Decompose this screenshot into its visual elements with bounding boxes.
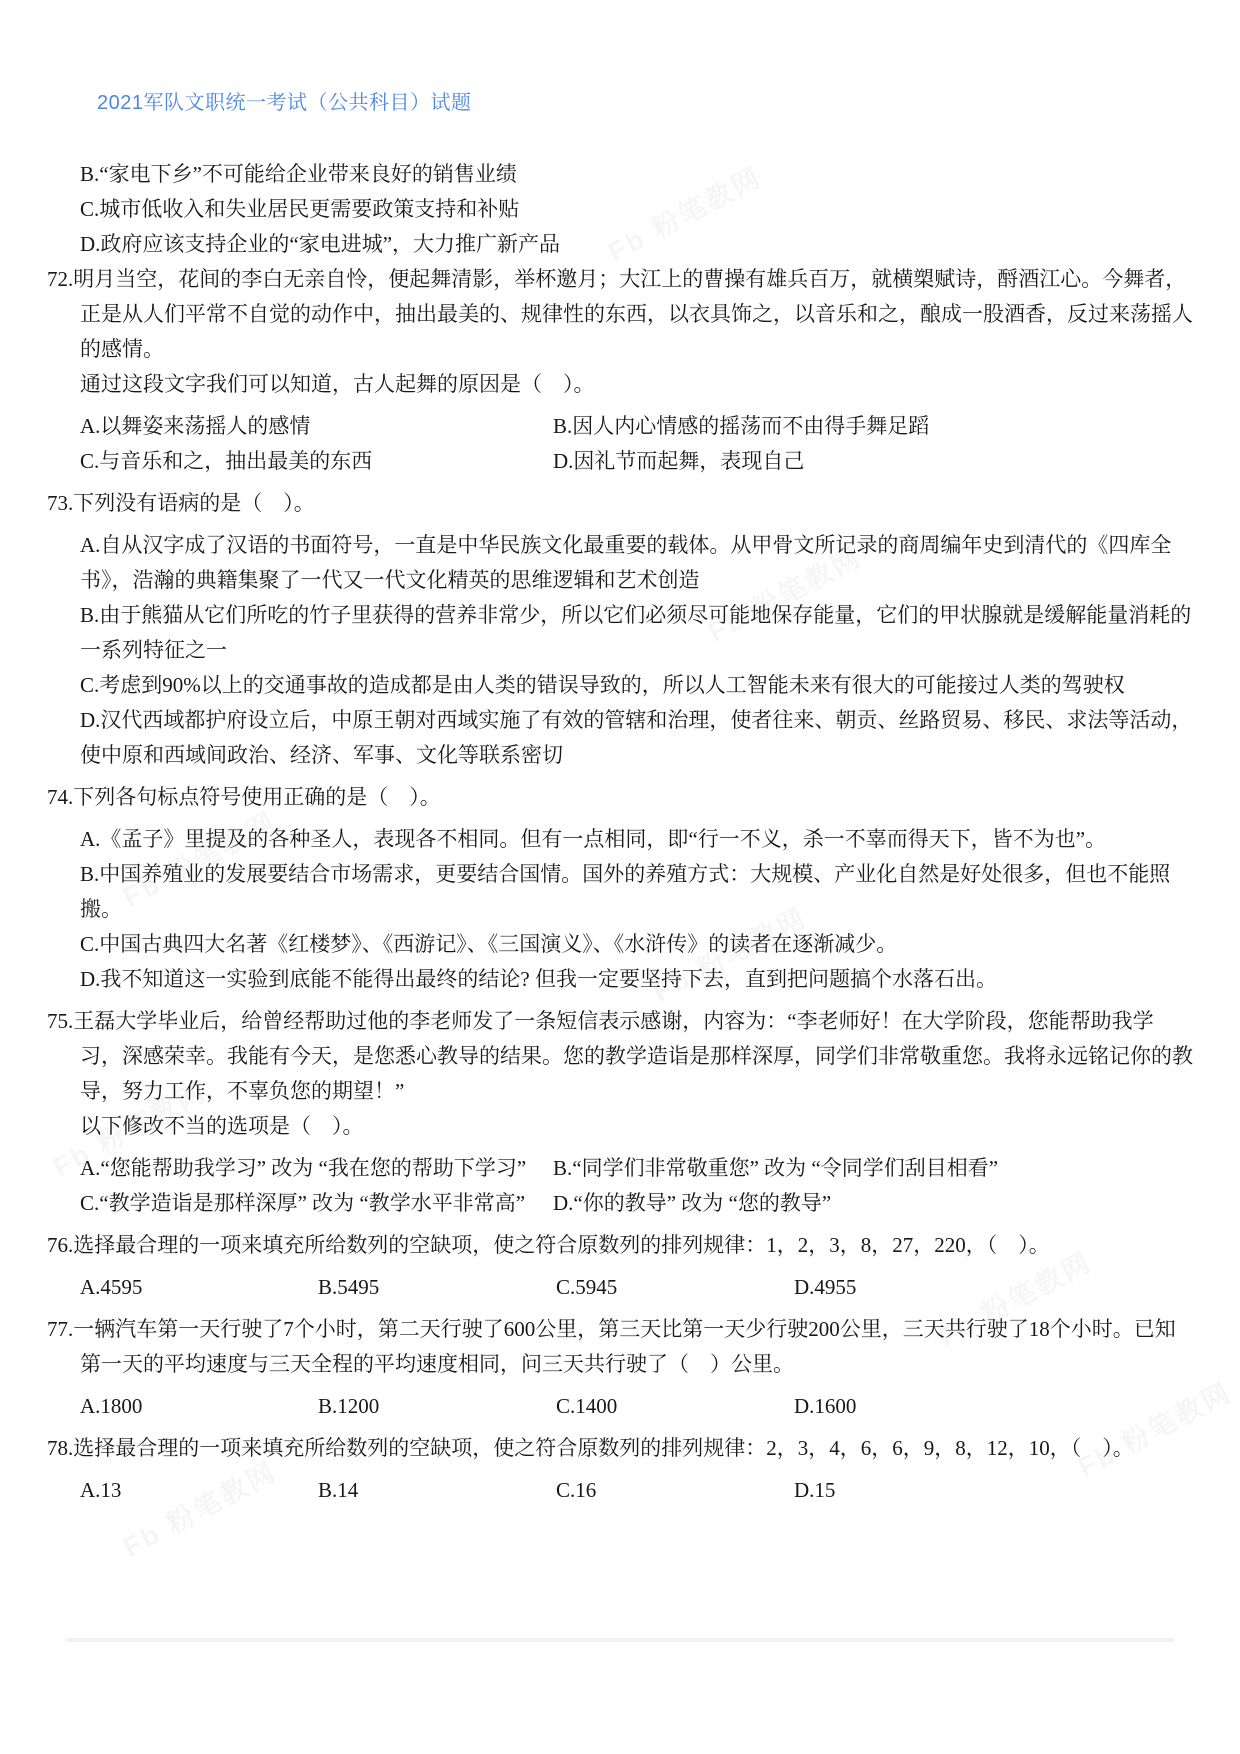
question-number: 75. xyxy=(47,1009,73,1033)
question-stem: 下列各句标点符号使用正确的是（ ）。 xyxy=(73,785,441,809)
option-b: B.14 xyxy=(318,1473,556,1508)
options: A.自从汉字成了汉语的书面符号，一直是中华民族文化最重要的载体。从甲骨文所记录的… xyxy=(47,528,1195,773)
question-number: 72. xyxy=(47,267,73,291)
option-b: B.中国养殖业的发展要结合市场需求，更要结合国情。国外的养殖方式：大规模、产业化… xyxy=(47,857,1195,927)
question-stem: 一辆汽车第一天行驶了7个小时，第二天行驶了600公里，第三天比第一天少行驶200… xyxy=(73,1317,1176,1376)
question-76: 76.选择最合理的一项来填充所给数列的空缺项，使之符合原数列的排列规律：1，2，… xyxy=(47,1228,1195,1305)
question-71-options: B.“家电下乡”不可能给企业带来良好的销售业绩 C.城市低收入和失业居民更需要政… xyxy=(47,157,1195,262)
option-c: C.5945 xyxy=(556,1270,794,1305)
option-d: D.“你的教导” 改为 “您的教导” xyxy=(553,1186,1195,1221)
question-number: 74. xyxy=(47,785,73,809)
question-stem: 选择最合理的一项来填充所给数列的空缺项，使之符合原数列的排列规律：1，2，3，8… xyxy=(73,1233,1050,1257)
document-body: B.“家电下乡”不可能给企业带来良好的销售业绩 C.城市低收入和失业居民更需要政… xyxy=(47,157,1195,1515)
option-d: D.因礼节而起舞，表现自己 xyxy=(553,444,1195,479)
option-d: D.1600 xyxy=(794,1389,1195,1424)
option-a: A.4595 xyxy=(80,1270,318,1305)
question-stem: 王磊大学毕业后，给曾经帮助过他的李老师发了一条短信表示感谢，内容为：“李老师好！… xyxy=(73,1009,1193,1103)
option-a: A.13 xyxy=(80,1473,318,1508)
options: A.“您能帮助我学习” 改为 “我在您的帮助下学习” B.“同学们非常敬重您” … xyxy=(47,1151,1195,1221)
option-c: C.1400 xyxy=(556,1389,794,1424)
option-c: C.中国古典四大名著《红楼梦》、《西游记》、《三国演义》、《水浒传》的读者在逐渐… xyxy=(47,927,1195,962)
option-a: A.以舞姿来荡摇人的感情 xyxy=(80,409,553,444)
question-stem: 明月当空，花间的李白无亲自怜，便起舞清影，举杯邀月；大江上的曹操有雄兵百万，就横… xyxy=(73,267,1193,361)
question-75: 75.王磊大学毕业后，给曾经帮助过他的李老师发了一条短信表示感谢，内容为：“李老… xyxy=(47,1004,1195,1221)
option-c: C.与音乐和之，抽出最美的东西 xyxy=(80,444,553,479)
question-followup: 以下修改不当的选项是（ ）。 xyxy=(47,1109,1195,1144)
option-c: C.城市低收入和失业居民更需要政策支持和补贴 xyxy=(47,192,1195,227)
option-d: D.4955 xyxy=(794,1270,1195,1305)
option-d: D.汉代西域都护府设立后，中原王朝对西域实施了有效的管辖和治理，使者往来、朝贡、… xyxy=(47,703,1195,773)
options: A.以舞姿来荡摇人的感情 B.因人内心情感的摇荡而不由得手舞足蹈 C.与音乐和之… xyxy=(47,409,1195,479)
question-stem: 选择最合理的一项来填充所给数列的空缺项，使之符合原数列的排列规律：2，3，4，6… xyxy=(73,1436,1134,1460)
question-78: 78.选择最合理的一项来填充所给数列的空缺项，使之符合原数列的排列规律：2，3，… xyxy=(47,1431,1195,1508)
option-b: B.“家电下乡”不可能给企业带来良好的销售业绩 xyxy=(47,157,1195,192)
question-77: 77.一辆汽车第一天行驶了7个小时，第二天行驶了600公里，第三天比第一天少行驶… xyxy=(47,1312,1195,1424)
question-followup: 通过这段文字我们可以知道，古人起舞的原因是（ ）。 xyxy=(47,367,1195,402)
option-c: C.16 xyxy=(556,1473,794,1508)
option-d: D.政府应该支持企业的“家电进城”，大力推广新产品 xyxy=(47,227,1195,262)
option-d: D.我不知道这一实验到底能不能得出最终的结论? 但我一定要坚持下去，直到把问题搞… xyxy=(47,962,1195,997)
option-a: A.自从汉字成了汉语的书面符号，一直是中华民族文化最重要的载体。从甲骨文所记录的… xyxy=(47,528,1195,598)
question-number: 78. xyxy=(47,1436,73,1460)
page-title: 2021军队文职统一考试（公共科目）试题 xyxy=(97,86,472,115)
options: A.1800 B.1200 C.1400 D.1600 xyxy=(47,1389,1195,1424)
question-number: 73. xyxy=(47,491,73,515)
question-stem: 下列没有语病的是（ ）。 xyxy=(73,491,315,515)
question-number: 76. xyxy=(47,1233,73,1257)
option-a: A.1800 xyxy=(80,1389,318,1424)
question-73: 73.下列没有语病的是（ ）。 A.自从汉字成了汉语的书面符号，一直是中华民族文… xyxy=(47,486,1195,773)
option-c: C.考虑到90%以上的交通事故的造成都是由人类的错误导致的，所以人工智能未来有很… xyxy=(47,668,1195,703)
option-c: C.“教学造诣是那样深厚” 改为 “教学水平非常高” xyxy=(80,1186,553,1221)
option-b: B.因人内心情感的摇荡而不由得手舞足蹈 xyxy=(553,409,1195,444)
question-74: 74.下列各句标点符号使用正确的是（ ）。 A.《孟子》里提及的各种圣人，表现各… xyxy=(47,780,1195,997)
options: A.13 B.14 C.16 D.15 xyxy=(47,1473,1195,1508)
option-b: B.“同学们非常敬重您” 改为 “令同学们刮目相看” xyxy=(553,1151,1195,1186)
question-72: 72.明月当空，花间的李白无亲自怜，便起舞清影，举杯邀月；大江上的曹操有雄兵百万… xyxy=(47,262,1195,479)
page-divider xyxy=(65,1638,1175,1642)
option-a: A.《孟子》里提及的各种圣人，表现各不相同。但有一点相同，即“行一不义，杀一不辜… xyxy=(47,822,1195,857)
option-b: B.由于熊猫从它们所吃的竹子里获得的营养非常少，所以它们必须尽可能地保存能量，它… xyxy=(47,598,1195,668)
options: A.《孟子》里提及的各种圣人，表现各不相同。但有一点相同，即“行一不义，杀一不辜… xyxy=(47,822,1195,997)
option-b: B.5495 xyxy=(318,1270,556,1305)
option-d: D.15 xyxy=(794,1473,1195,1508)
option-a: A.“您能帮助我学习” 改为 “我在您的帮助下学习” xyxy=(80,1151,553,1186)
option-b: B.1200 xyxy=(318,1389,556,1424)
question-number: 77. xyxy=(47,1317,73,1341)
options: A.4595 B.5495 C.5945 D.4955 xyxy=(47,1270,1195,1305)
